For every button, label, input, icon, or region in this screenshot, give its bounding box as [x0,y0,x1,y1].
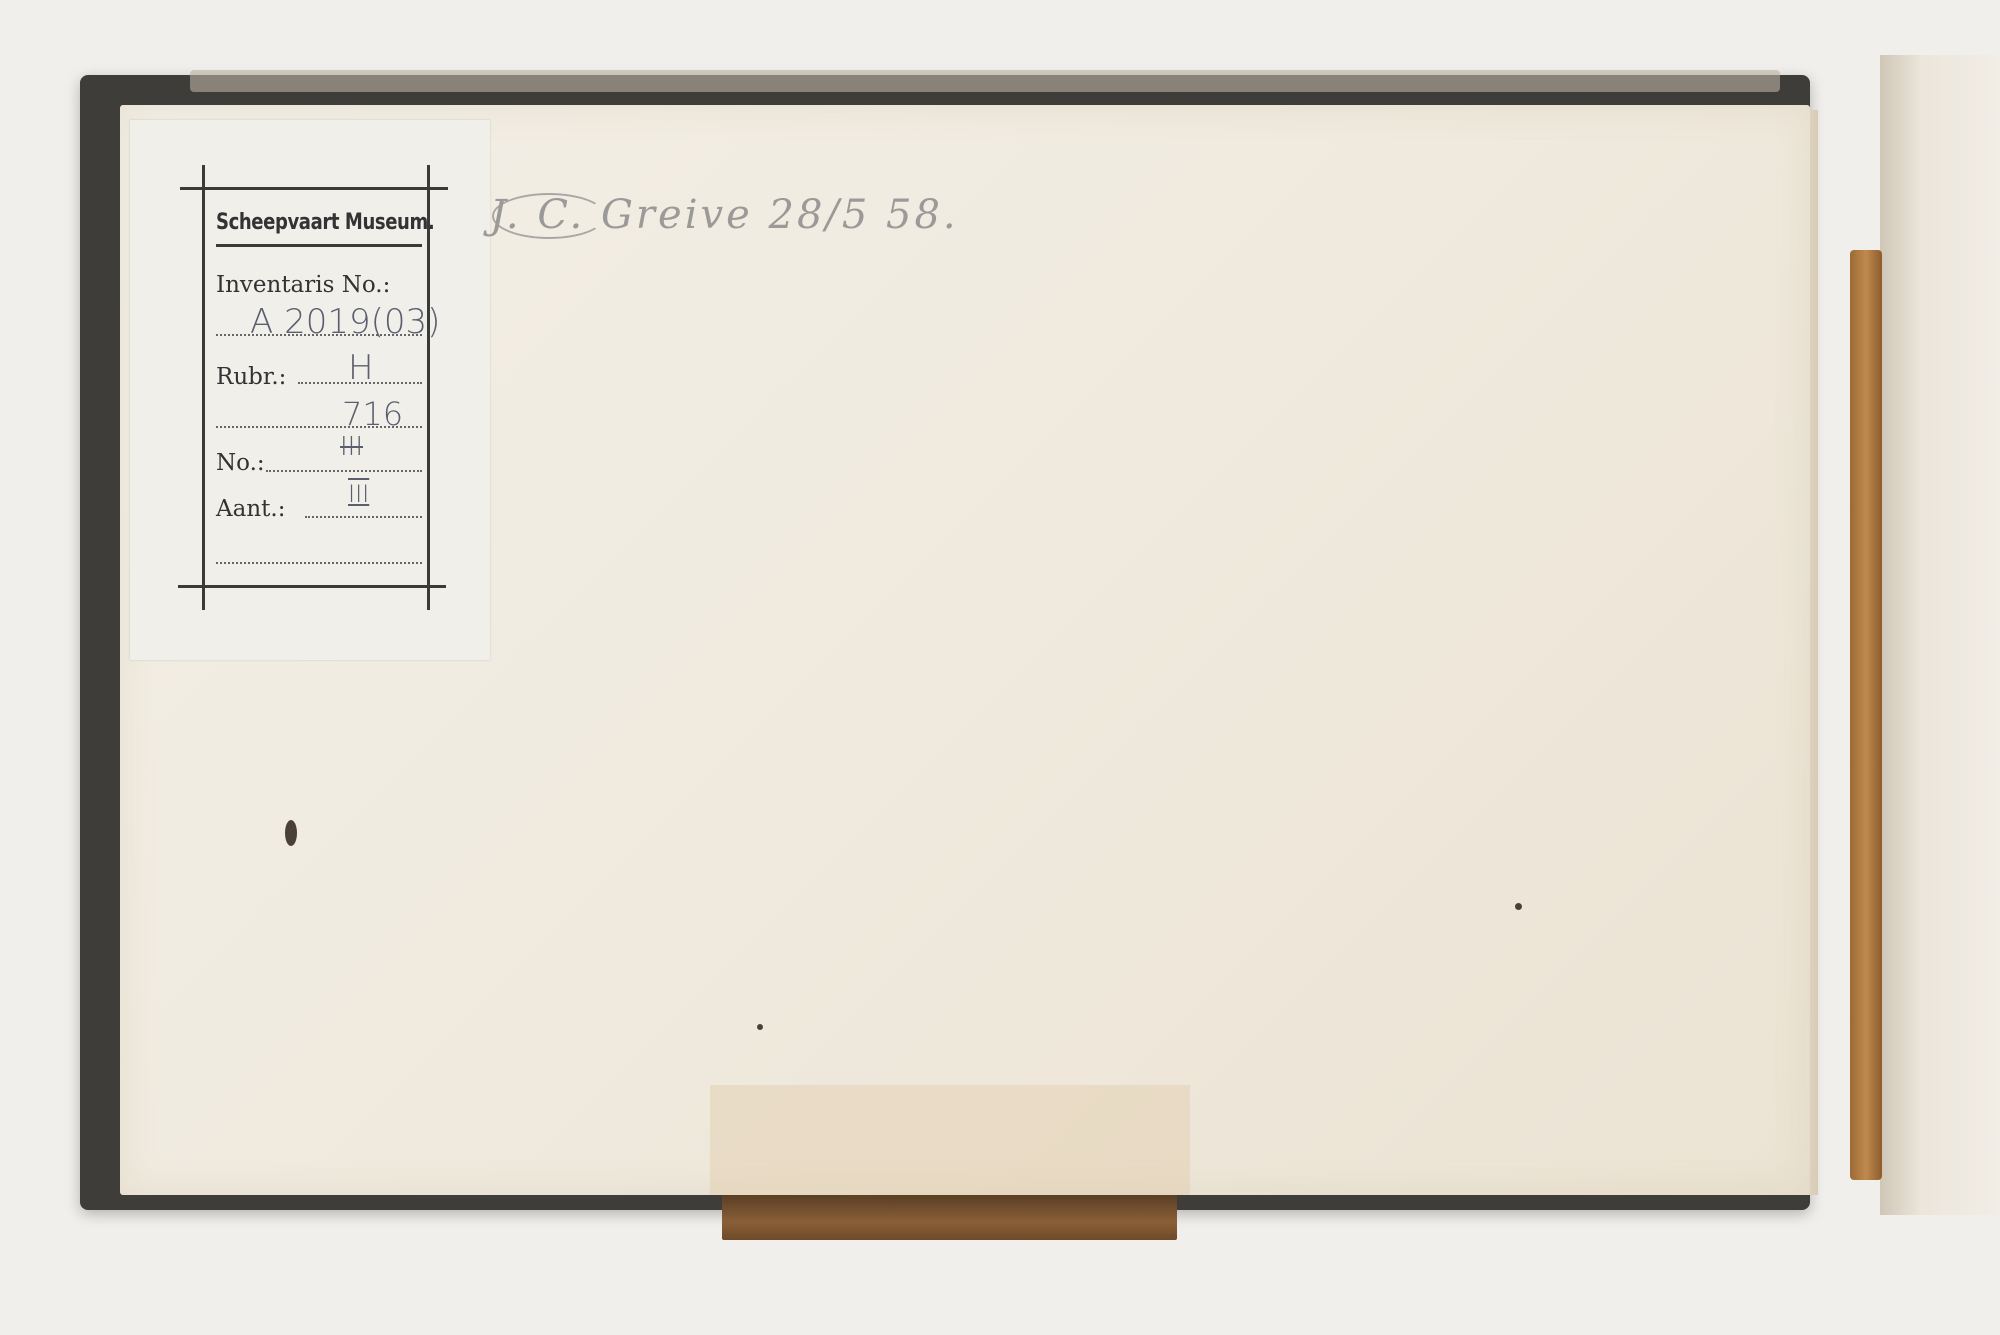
pencil-inscription: J. C. Greive 28/5 58. [490,192,959,238]
field-rubr-extra-value: 716 [342,395,403,433]
field-aant-label: Aant.: [216,496,285,522]
field-aant-value: III [348,480,369,508]
field-line [266,470,422,472]
tape-stain [710,1085,1190,1195]
leather-tab [722,1195,1177,1240]
ink-spot [757,1024,763,1030]
field-inventaris-value: A 2019(03) [250,302,440,342]
adjacent-book-edge [1880,55,2000,1215]
title-rule [216,244,422,247]
torn-spine-strip [1850,250,1882,1180]
field-no-label: No.: [216,450,265,476]
museum-label: Scheepvaart Museum. Inventaris No.: A 20… [130,120,490,660]
field-inventaris-label: Inventaris No.: [216,272,390,298]
label-frame-bottom [178,585,446,588]
label-frame-top [180,187,448,190]
field-line [305,516,422,518]
field-line [216,562,422,564]
field-rubr-value: H [348,348,374,388]
ink-spot [1515,903,1522,910]
ink-spot [285,820,297,846]
field-no-value: III [340,432,363,462]
cover-frayed-edge [190,70,1780,92]
label-title: Scheepvaart Museum. [216,210,388,235]
field-rubr-label: Rubr.: [216,364,286,390]
